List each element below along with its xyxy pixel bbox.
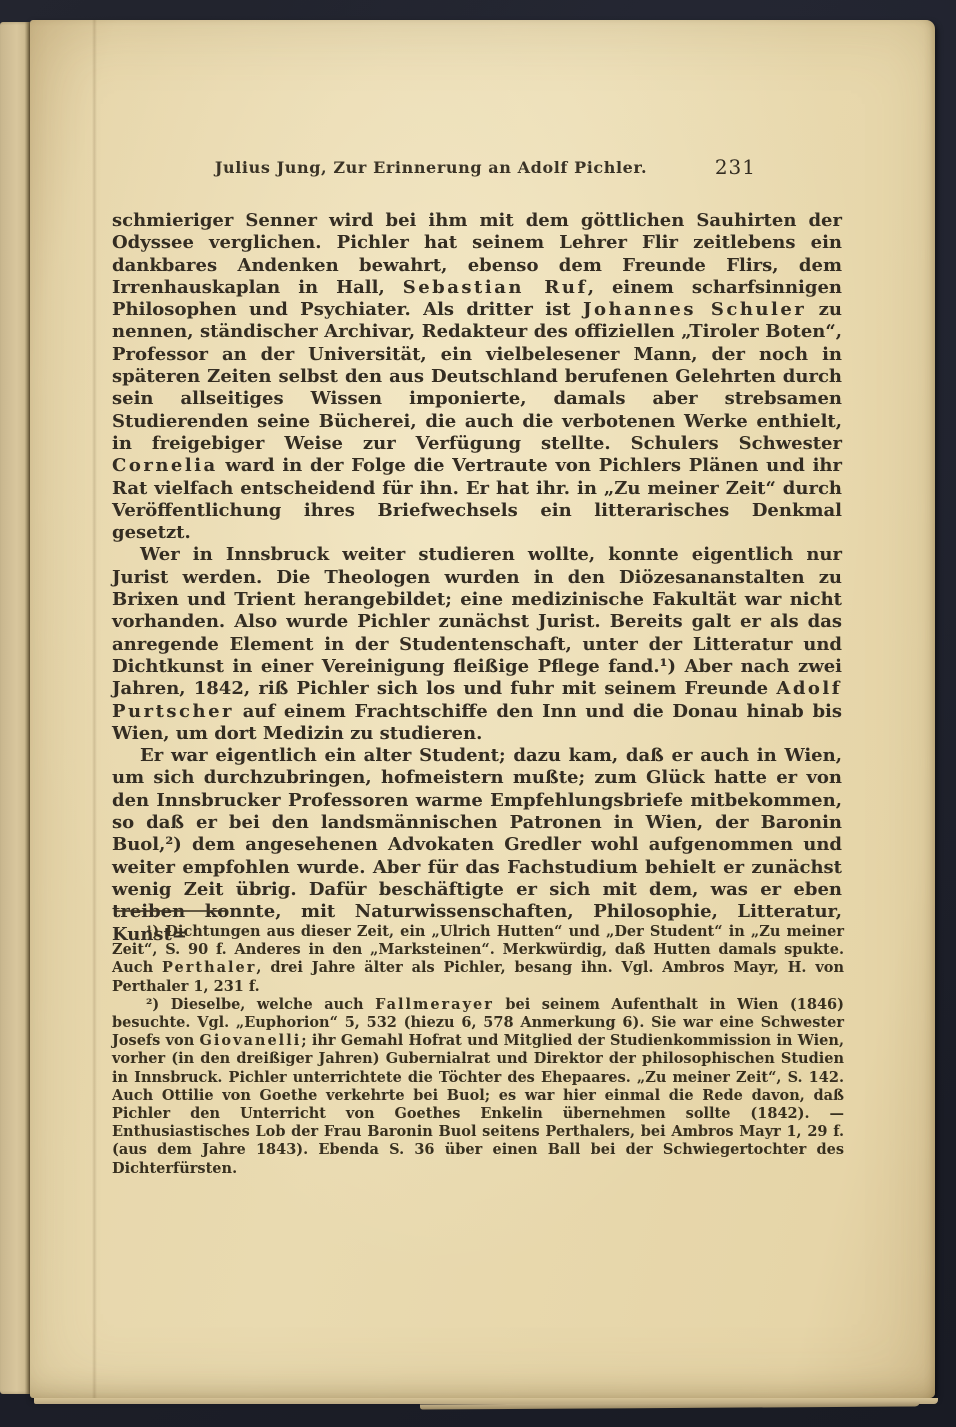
scan-background: Julius Jung, Zur Erinnerung an Adolf Pic… <box>0 0 956 1427</box>
paragraph: ²) Dieselbe, welche auch Fallmerayer bei… <box>112 996 844 1178</box>
letterspaced-name: Johannes Schuler <box>583 299 806 320</box>
letterspaced-name: Fallmerayer <box>375 996 494 1013</box>
binding-crease <box>92 20 97 1398</box>
footnotes: ¹) Dichtungen aus dieser Zeit, ein „Ulri… <box>112 923 844 1178</box>
letterspaced-name: Sebastian Ruf <box>403 277 588 298</box>
paragraph: Er war eigentlich ein alter Student; daz… <box>112 745 842 946</box>
letterspaced-name: Giovanelli <box>200 1032 302 1049</box>
footnote-separator-rule <box>116 910 228 912</box>
letterspaced-name: Perthaler <box>162 959 256 976</box>
letterspaced-name: Cornelia <box>112 455 218 476</box>
body-text: schmieriger Senner wird bei ihm mit dem … <box>112 210 842 946</box>
page-number: 231 <box>715 155 756 179</box>
paragraph: Wer in Innsbruck weiter studieren wollte… <box>112 544 842 745</box>
page-header: Julius Jung, Zur Erinnerung an Adolf Pic… <box>112 158 842 188</box>
book-page: Julius Jung, Zur Erinnerung an Adolf Pic… <box>30 20 935 1398</box>
left-page-edge <box>0 22 30 1394</box>
paragraph: ¹) Dichtungen aus dieser Zeit, ein „Ulri… <box>112 923 844 996</box>
paragraph: schmieriger Senner wird bei ihm mit dem … <box>112 210 842 544</box>
letterspaced-name: Adolf Purtscher <box>112 678 842 721</box>
